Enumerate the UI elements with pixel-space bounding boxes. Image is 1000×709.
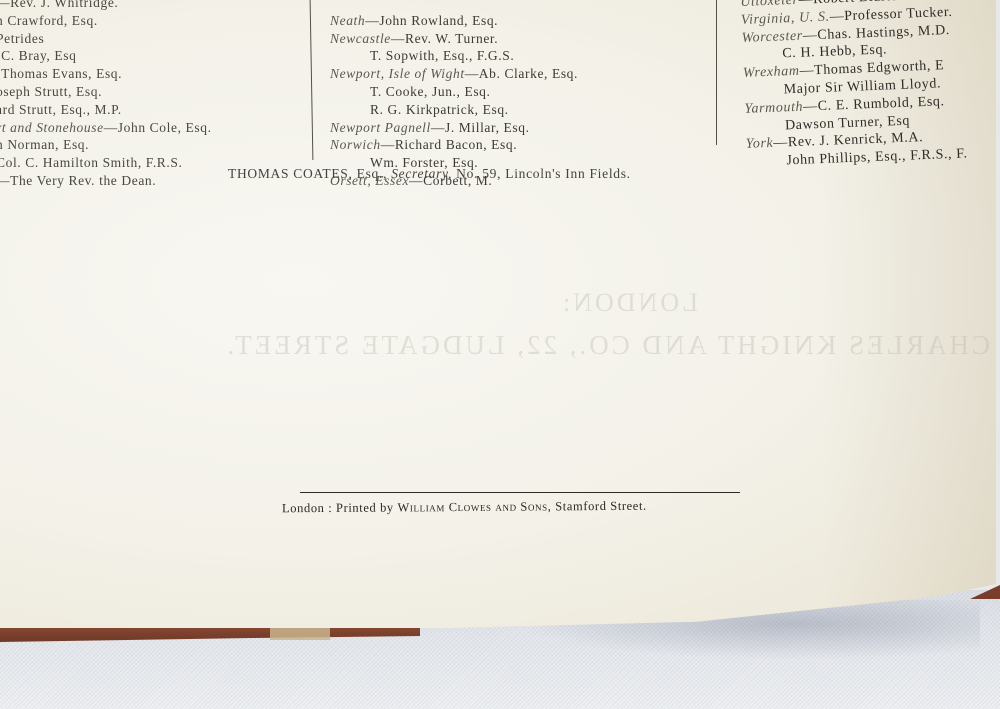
- entry-text: oseph Strutt, Esq.: [0, 84, 102, 99]
- place-name: Newport, Isle of Wight: [330, 66, 465, 81]
- list-entry: —The Very Rev. the Dean.: [0, 172, 212, 190]
- secretary-title: Secretary,: [391, 166, 452, 181]
- column-divider-right: [716, 0, 717, 145]
- secretary-line: THOMAS COATES, Esq., Secretary, No. 59, …: [228, 166, 631, 182]
- list-entry: oseph Strutt, Esq.: [0, 83, 212, 101]
- worn-cover-patch: [270, 628, 330, 640]
- place-name: Yarmouth: [744, 99, 803, 116]
- entry-text: —Ab. Clarke, Esq.: [465, 66, 578, 81]
- entry-text: -C. Bray, Esq: [0, 48, 76, 63]
- secretary-name: THOMAS COATES, Esq.,: [228, 166, 387, 181]
- list-entry: n Crawford, Esq.: [0, 12, 212, 30]
- place-name: Worcester: [741, 28, 803, 45]
- show-through-text-line1: LONDON:: [560, 288, 698, 318]
- list-entry: ard Strutt, Esq., M.P.: [0, 101, 212, 119]
- place-name: Norwich: [330, 137, 381, 152]
- entry-text: T. Sopwith, Esq., F.G.S.: [370, 48, 514, 63]
- imprint-rule: [300, 492, 740, 493]
- list-column-left: —Rev. J. Whitridge.n Crawford, Esq.Petri…: [0, 0, 212, 190]
- place-name: Uttoxeter: [740, 0, 799, 10]
- column-divider-left: [310, 0, 314, 160]
- show-through-text-line2: CHARLES KNIGHT AND CO., 22, LUDGATE STRE…: [60, 330, 990, 361]
- list-entry: —Rev. J. Whitridge.: [0, 0, 212, 12]
- list-entry: rt and Stonehouse—John Cole, Esq.: [0, 119, 212, 137]
- entry-text: —J. Millar, Esq.: [431, 120, 530, 135]
- imprint-suffix: Stamford Street.: [555, 499, 647, 514]
- entry-text: —C. E. Rumbold, Esq.: [803, 94, 945, 114]
- place-name: Neath: [330, 13, 365, 28]
- entry-text: ard Strutt, Esq., M.P.: [0, 102, 122, 117]
- list-entry: T. Cooke, Jun., Esq.: [330, 83, 578, 101]
- list-entry: Norwich—Richard Bacon, Esq.: [330, 136, 578, 154]
- entry-text: —John Rowland, Esq.: [365, 13, 498, 28]
- list-entry: Neath—John Rowland, Esq.: [330, 12, 578, 30]
- place-name: Newport Pagnell: [330, 120, 431, 135]
- entry-text: —Richard Bacon, Esq.: [381, 137, 517, 152]
- list-entry: R. G. Kirkpatrick, Esq.: [330, 101, 578, 119]
- list-entry: Newcastle—Rev. W. Turner.: [330, 30, 578, 48]
- place-name: Wrexham: [743, 64, 800, 81]
- printer-imprint: London : Printed by William Clowes and S…: [282, 499, 647, 517]
- list-entry: -Thomas Evans, Esq.: [0, 65, 212, 83]
- list-column-right: Uttoxeter—Robert BlurtonVirginia, U. S.—…: [740, 0, 968, 172]
- list-entry: Petrides: [0, 30, 212, 48]
- imprint-prefix: London : Printed by: [282, 500, 394, 515]
- book-page: —Rev. J. Whitridge.n Crawford, Esq.Petri…: [0, 0, 996, 628]
- place-name: Newcastle: [330, 31, 391, 46]
- entry-text: -Thomas Evans, Esq.: [0, 66, 122, 81]
- entry-text: n Crawford, Esq.: [0, 13, 98, 28]
- entry-text: —The Very Rev. the Dean.: [0, 173, 156, 188]
- entry-text: —John Cole, Esq.: [104, 120, 212, 135]
- entry-text: T. Cooke, Jun., Esq.: [370, 84, 491, 99]
- list-entry: -C. Bray, Esq: [0, 47, 212, 65]
- secretary-address: No. 59, Lincoln's Inn Fields.: [456, 166, 631, 181]
- list-entry: n Norman, Esq.: [0, 136, 212, 154]
- entry-text: —Rev. J. Whitridge.: [0, 0, 118, 10]
- entry-text: n Norman, Esq.: [0, 137, 89, 152]
- imprint-printer: William Clowes and Sons,: [397, 499, 551, 514]
- list-entry: [330, 0, 578, 12]
- place-name: Virginia, U. S.: [741, 9, 830, 27]
- list-entry: Newport Pagnell—J. Millar, Esq.: [330, 119, 578, 137]
- place-name: York: [746, 136, 774, 152]
- entry-text: Col. C. Hamilton Smith, F.R.S.: [0, 155, 182, 170]
- entry-text: R. G. Kirkpatrick, Esq.: [370, 102, 509, 117]
- entry-text: —Professor Tucker.: [829, 5, 952, 25]
- list-entry: T. Sopwith, Esq., F.G.S.: [330, 47, 578, 65]
- list-column-middle: Neath—John Rowland, Esq.Newcastle—Rev. W…: [330, 0, 578, 190]
- entry-text: Petrides: [0, 31, 44, 46]
- list-entry: Col. C. Hamilton Smith, F.R.S.: [0, 154, 212, 172]
- place-name: rt and Stonehouse: [0, 120, 104, 135]
- list-entry: Newport, Isle of Wight—Ab. Clarke, Esq.: [330, 65, 578, 83]
- entry-text: —Rev. W. Turner.: [391, 31, 498, 46]
- entry-text: C. H. Hebb, Esq.: [782, 43, 887, 62]
